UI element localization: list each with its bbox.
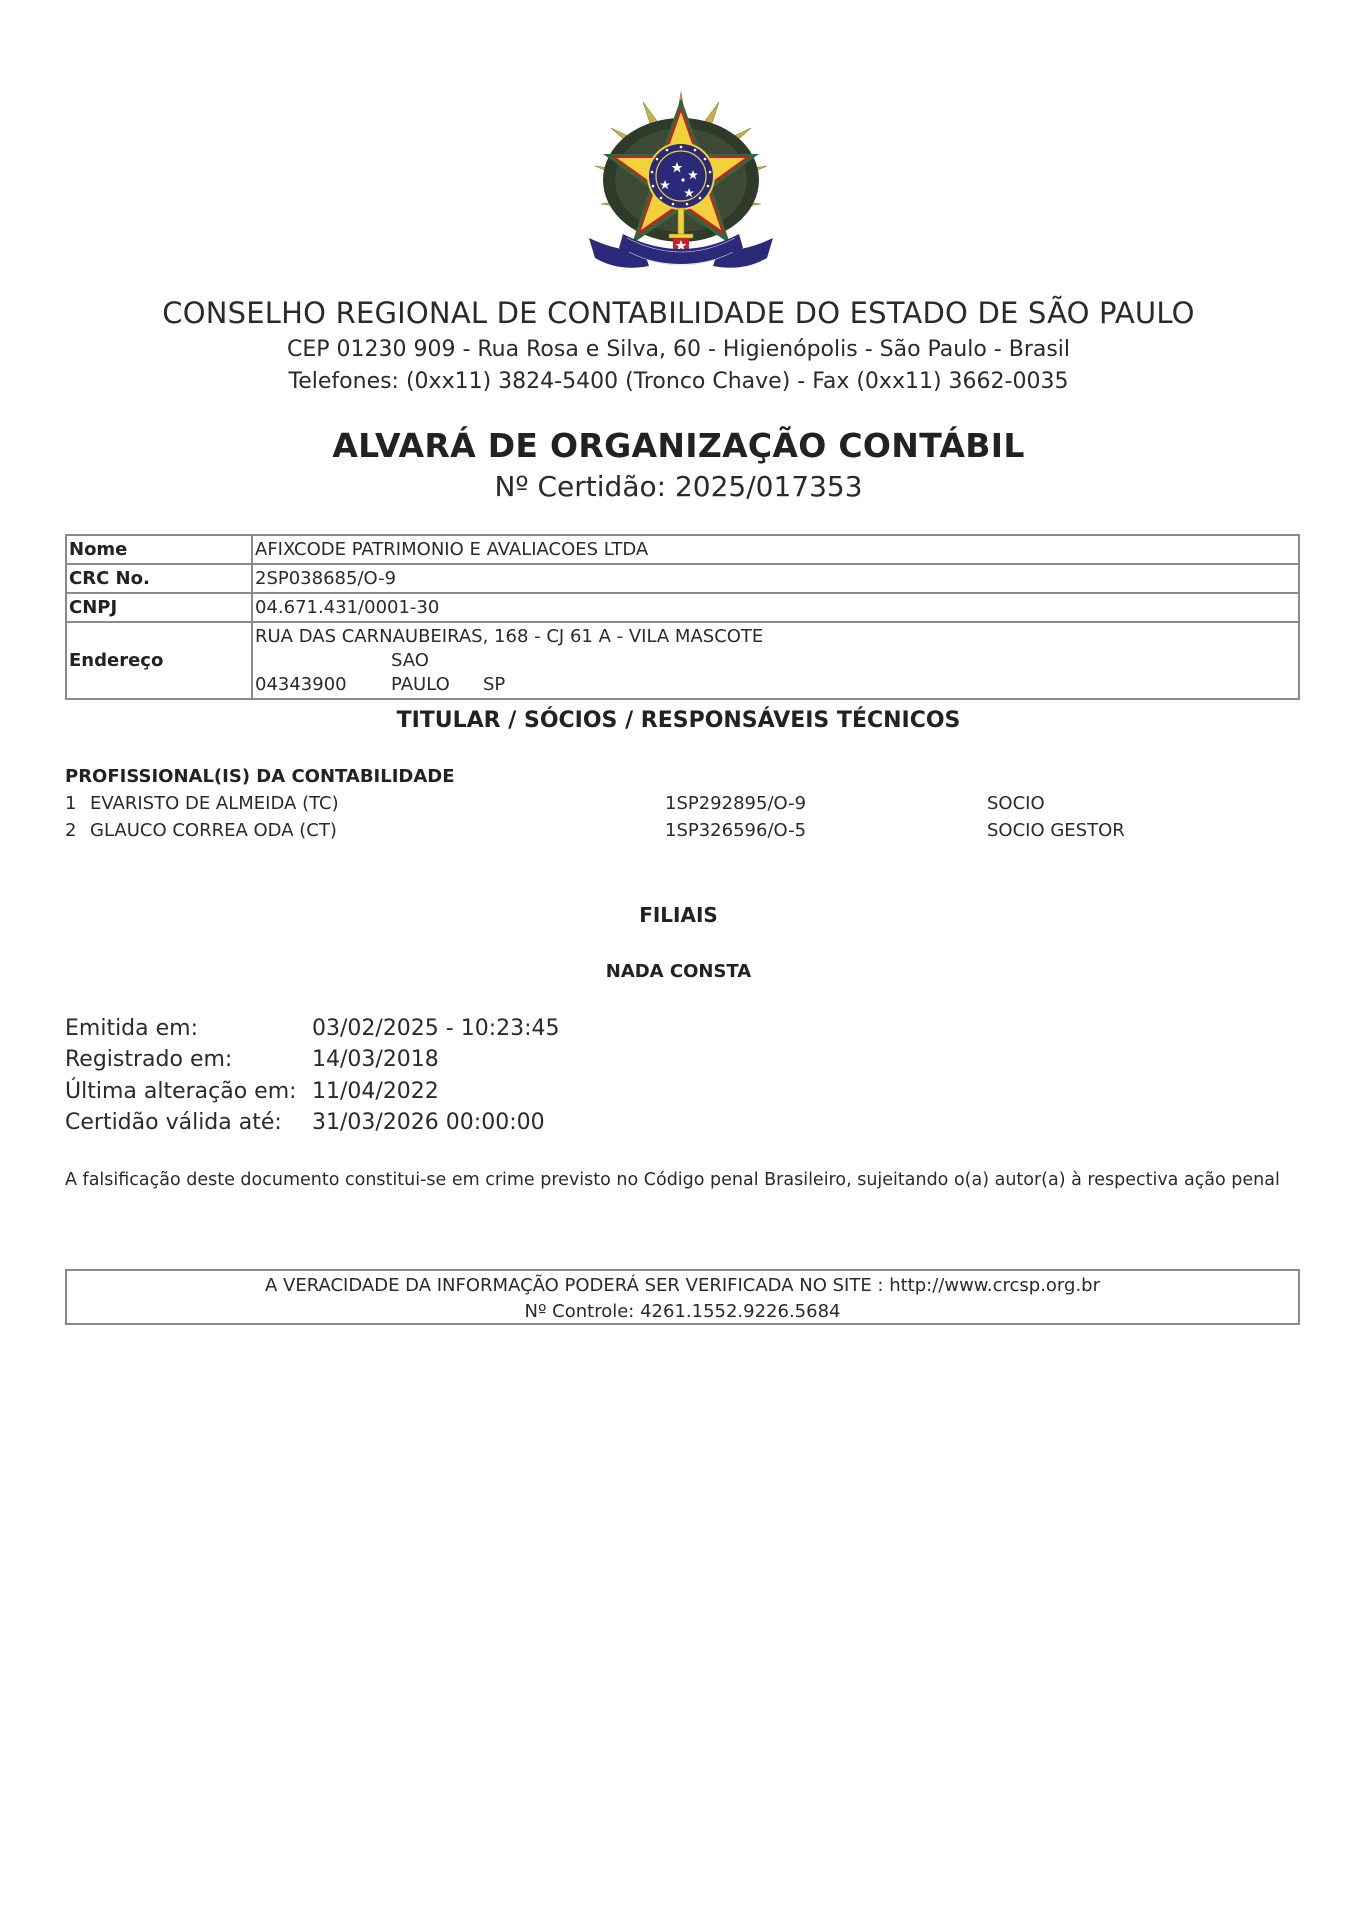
date-label: Registrado em: [65, 1047, 232, 1072]
date-value: 03/02/2025 - 10:23:45 [312, 1016, 560, 1041]
professional-index: 2 [65, 820, 76, 841]
verification-url[interactable]: http://www.crcsp.org.br [889, 1275, 1100, 1296]
coat-of-arms-emblem [583, 88, 779, 278]
field-value-address: RUA DAS CARNAUBEIRAS, 168 - CJ 61 A - VI… [252, 622, 1299, 699]
date-value: 11/04/2022 [312, 1079, 439, 1104]
date-value: 31/03/2026 00:00:00 [312, 1110, 545, 1135]
company-info-table: Nome AFIXCODE PATRIMONIO E AVALIACOES LT… [65, 534, 1300, 700]
professional-role: SOCIO GESTOR [987, 820, 1125, 841]
date-label: Certidão válida até: [65, 1110, 282, 1135]
address-line-1: RUA DAS CARNAUBEIRAS, 168 - CJ 61 A - VI… [255, 625, 1296, 649]
council-phones: Telefones: (0xx11) 3824-5400 (Tronco Cha… [0, 369, 1357, 394]
address-line-2: 04343900SAO PAULOSP [255, 649, 1296, 697]
professional-crc: 1SP326596/O-5 [665, 820, 806, 841]
professional-index: 1 [65, 793, 76, 814]
field-label-crc: CRC No. [66, 564, 252, 593]
table-row: CNPJ 04.671.431/0001-30 [66, 593, 1299, 622]
council-name: CONSELHO REGIONAL DE CONTABILIDADE DO ES… [0, 296, 1357, 330]
list-item: 2 GLAUCO CORREA ODA (CT) 1SP326596/O-5 S… [65, 820, 1300, 846]
field-value-crc: 2SP038685/O-9 [252, 564, 1299, 593]
professional-role: SOCIO [987, 793, 1045, 814]
address-state: SP [483, 674, 505, 695]
control-number: Nº Controle: 4261.1552.9226.5684 [67, 1301, 1298, 1322]
branches-status: NADA CONSTA [0, 961, 1357, 982]
council-address: CEP 01230 909 - Rua Rosa e Silva, 60 - H… [0, 337, 1357, 362]
field-value-name: AFIXCODE PATRIMONIO E AVALIACOES LTDA [252, 535, 1299, 564]
table-row: CRC No. 2SP038685/O-9 [66, 564, 1299, 593]
date-label: Emitida em: [65, 1016, 198, 1041]
list-item: 1 EVARISTO DE ALMEIDA (TC) 1SP292895/O-9… [65, 793, 1300, 819]
date-label: Última alteração em: [65, 1079, 297, 1104]
document-title: ALVARÁ DE ORGANIZAÇÃO CONTÁBIL [0, 426, 1357, 465]
field-value-cnpj: 04.671.431/0001-30 [252, 593, 1299, 622]
legal-disclaimer: A falsificação deste documento constitui… [65, 1167, 1305, 1194]
certificate-number: Nº Certidão: 2025/017353 [0, 470, 1357, 503]
address-zip: 04343900 [255, 673, 391, 697]
table-row: Endereço RUA DAS CARNAUBEIRAS, 168 - CJ … [66, 622, 1299, 699]
brazil-coat-of-arms-icon [583, 88, 779, 278]
section-title-branches: FILIAIS [0, 903, 1357, 927]
verification-prefix: A VERACIDADE DA INFORMAÇÃO PODERÁ SER VE… [265, 1275, 889, 1296]
professional-name: EVARISTO DE ALMEIDA (TC) [90, 793, 339, 814]
section-title-partners: TITULAR / SÓCIOS / RESPONSÁVEIS TÉCNICOS [0, 708, 1357, 733]
field-label-name: Nome [66, 535, 252, 564]
verification-box: A VERACIDADE DA INFORMAÇÃO PODERÁ SER VE… [65, 1269, 1300, 1325]
professionals-heading: PROFISSIONAL(IS) DA CONTABILIDADE [65, 766, 455, 787]
professional-crc: 1SP292895/O-9 [665, 793, 806, 814]
field-label-cnpj: CNPJ [66, 593, 252, 622]
field-label-address: Endereço [66, 622, 252, 699]
professional-name: GLAUCO CORREA ODA (CT) [90, 820, 337, 841]
date-value: 14/03/2018 [312, 1047, 439, 1072]
address-city: SAO PAULO [391, 649, 483, 697]
table-row: Nome AFIXCODE PATRIMONIO E AVALIACOES LT… [66, 535, 1299, 564]
verification-text: A VERACIDADE DA INFORMAÇÃO PODERÁ SER VE… [67, 1275, 1298, 1296]
